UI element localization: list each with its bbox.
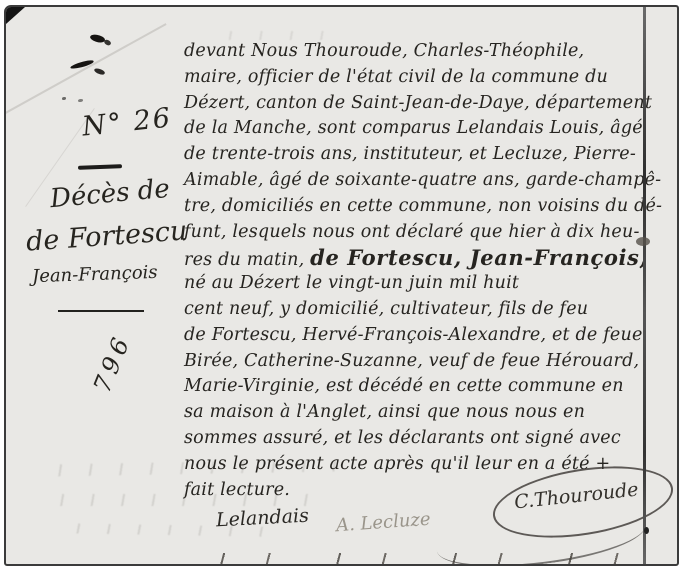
ink-smudge: [78, 99, 83, 102]
act-line: de Fortescu, Hervé-François-Alexandre, e…: [184, 323, 640, 349]
binding-ink-blob: [644, 527, 649, 534]
crease-line: [4, 23, 167, 117]
partial-next-line: [188, 553, 640, 566]
margin-rule: [58, 310, 144, 312]
document-page: N° 26 Décès de de Fortescu Jean-François…: [4, 5, 679, 566]
act-line: Dézert, canton de Saint-Jean-de-Daye, dé…: [184, 91, 640, 117]
act-line: Aimable, âgé de soixante-quatre ans, gar…: [184, 168, 640, 194]
act-line: cent neuf, y domicilié, cultivateur, fil…: [184, 297, 640, 323]
corner-fold: [6, 7, 25, 24]
scan-screenshot: N° 26 Décès de de Fortescu Jean-François…: [0, 0, 688, 575]
act-line: Birée, Catherine-Suzanne, veuf de feue H…: [184, 349, 640, 375]
page-binding-edge: [643, 7, 646, 564]
act-line: sommes assuré, et les déclarants ont sig…: [184, 426, 640, 452]
act-line-prefix: res du matin,: [184, 250, 310, 270]
act-line: de la Manche, sont comparus Lelandais Lo…: [184, 116, 640, 142]
ink-smudge: [62, 97, 66, 100]
margin-dash: [78, 164, 122, 170]
signature-lecluze: A. Lecluze: [335, 509, 431, 537]
deceased-name: de Fortescu, Jean-François,: [310, 245, 647, 270]
act-line: né au Dézert le vingt-un juin mil huit: [184, 271, 640, 297]
binding-ink-blob: [636, 237, 650, 246]
act-text: devant Nous Thouroude, Charles-Théophile…: [184, 39, 640, 503]
act-line: tre, domiciliés en cette commune, non vo…: [184, 194, 640, 220]
act-line: funt, lesquels nous ont déclaré que hier…: [184, 220, 640, 246]
margin-title-deces: Décès de: [49, 174, 171, 214]
act-line: Marie-Virginie, est décédé en cette comm…: [184, 374, 640, 400]
act-line: devant Nous Thouroude, Charles-Théophile…: [184, 39, 640, 65]
folio-number: 796: [88, 330, 137, 397]
act-line: sa maison à l'Anglet, ainsi que nous nou…: [184, 400, 640, 426]
ink-smudge: [103, 38, 112, 46]
margin-title-firstname: Jean-François: [32, 262, 158, 287]
act-line: maire, officier de l'état civil de la co…: [184, 65, 640, 91]
margin-title-surname: de Fortescu: [25, 215, 188, 257]
ink-smudge: [93, 67, 105, 76]
act-line: de trente-trois ans, instituteur, et Lec…: [184, 142, 640, 168]
signature-lelandais: Lelandais: [215, 505, 309, 532]
act-line-deceased-name: res du matin, de Fortescu, Jean-François…: [184, 245, 640, 271]
